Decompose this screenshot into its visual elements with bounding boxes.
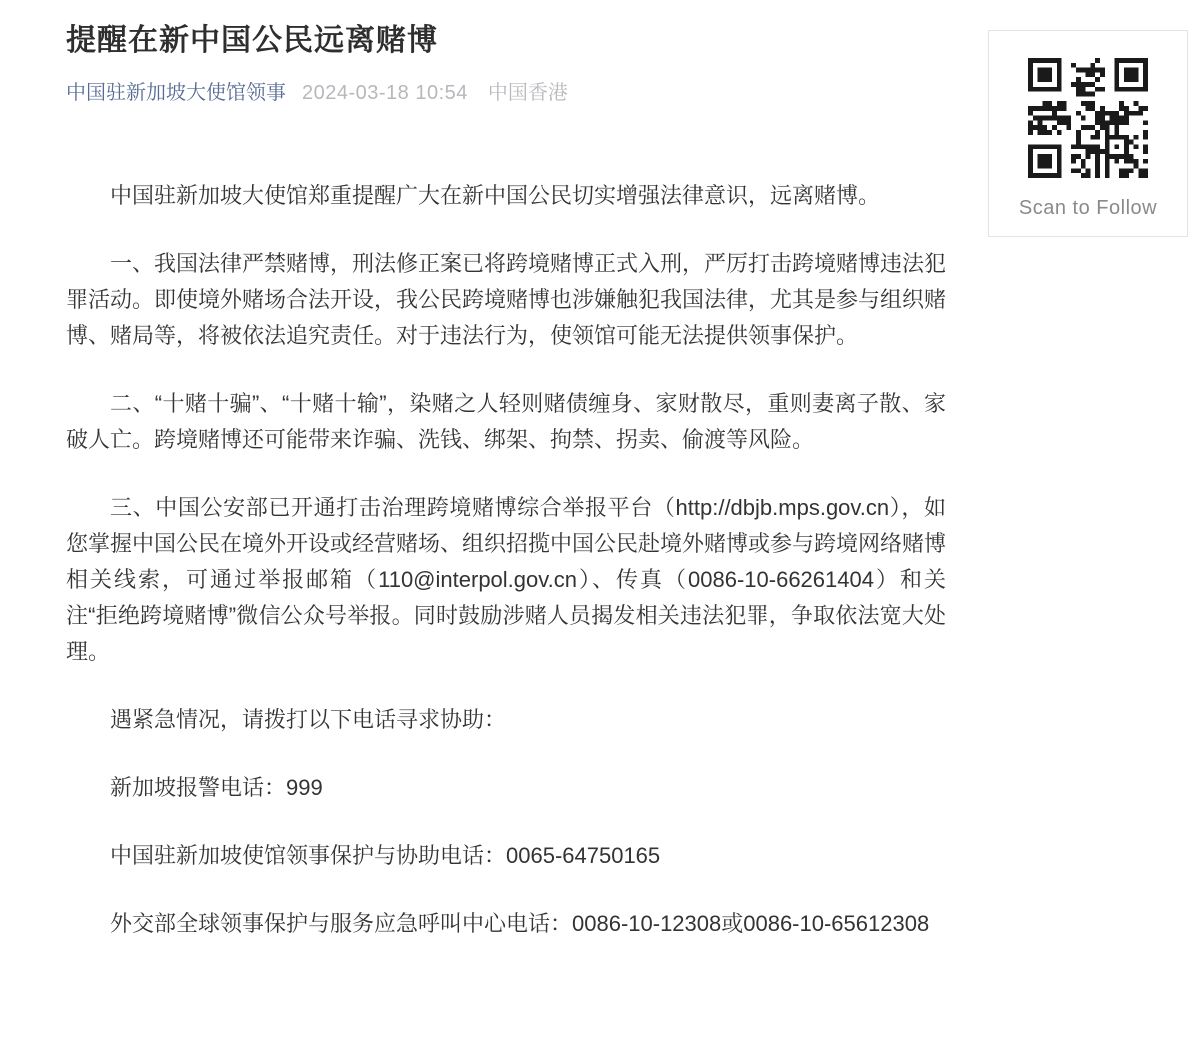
article-body: 中国驻新加坡大使馆郑重提醒广大在新中国公民切实增强法律意识，远离赌博。 一、我国… <box>66 178 946 942</box>
article-paragraph: 遇紧急情况，请拨打以下电话寻求协助： <box>66 702 946 738</box>
article-page: 提醒在新中国公民远离赌博 中国驻新加坡大使馆领事 2024-03-18 10:5… <box>0 0 1200 1060</box>
qr-caption: Scan to Follow <box>989 197 1187 220</box>
article-title: 提醒在新中国公民远离赌博 <box>66 22 966 60</box>
qr-card: Scan to Follow <box>988 30 1188 237</box>
publish-location: 中国香港 <box>488 80 568 106</box>
article-paragraph: 三、中国公安部已开通打击治理跨境赌博综合举报平台（http://dbjb.mps… <box>66 490 946 670</box>
publish-time: 2024-03-18 10:54 <box>302 80 468 106</box>
account-name-link[interactable]: 中国驻新加坡大使馆领事 <box>66 80 286 106</box>
article-paragraph: 外交部全球领事保护与服务应急呼叫中心电话：0086-10-12308或0086-… <box>66 906 946 942</box>
article-paragraph: 二、“十赌十骗”、“十赌十输”，染赌之人轻则赌债缠身、家财散尽，重则妻离子散、家… <box>66 386 946 458</box>
qr-code-icon <box>1028 58 1148 178</box>
article-paragraph: 一、我国法律严禁赌博，刑法修正案已将跨境赌博正式入刑，严厉打击跨境赌博违法犯罪活… <box>66 246 946 354</box>
article-paragraph: 中国驻新加坡大使馆郑重提醒广大在新中国公民切实增强法律意识，远离赌博。 <box>66 178 946 214</box>
article-paragraph: 中国驻新加坡使馆领事保护与协助电话：0065-64750165 <box>66 838 946 874</box>
article-paragraph: 新加坡报警电话：999 <box>66 770 946 806</box>
